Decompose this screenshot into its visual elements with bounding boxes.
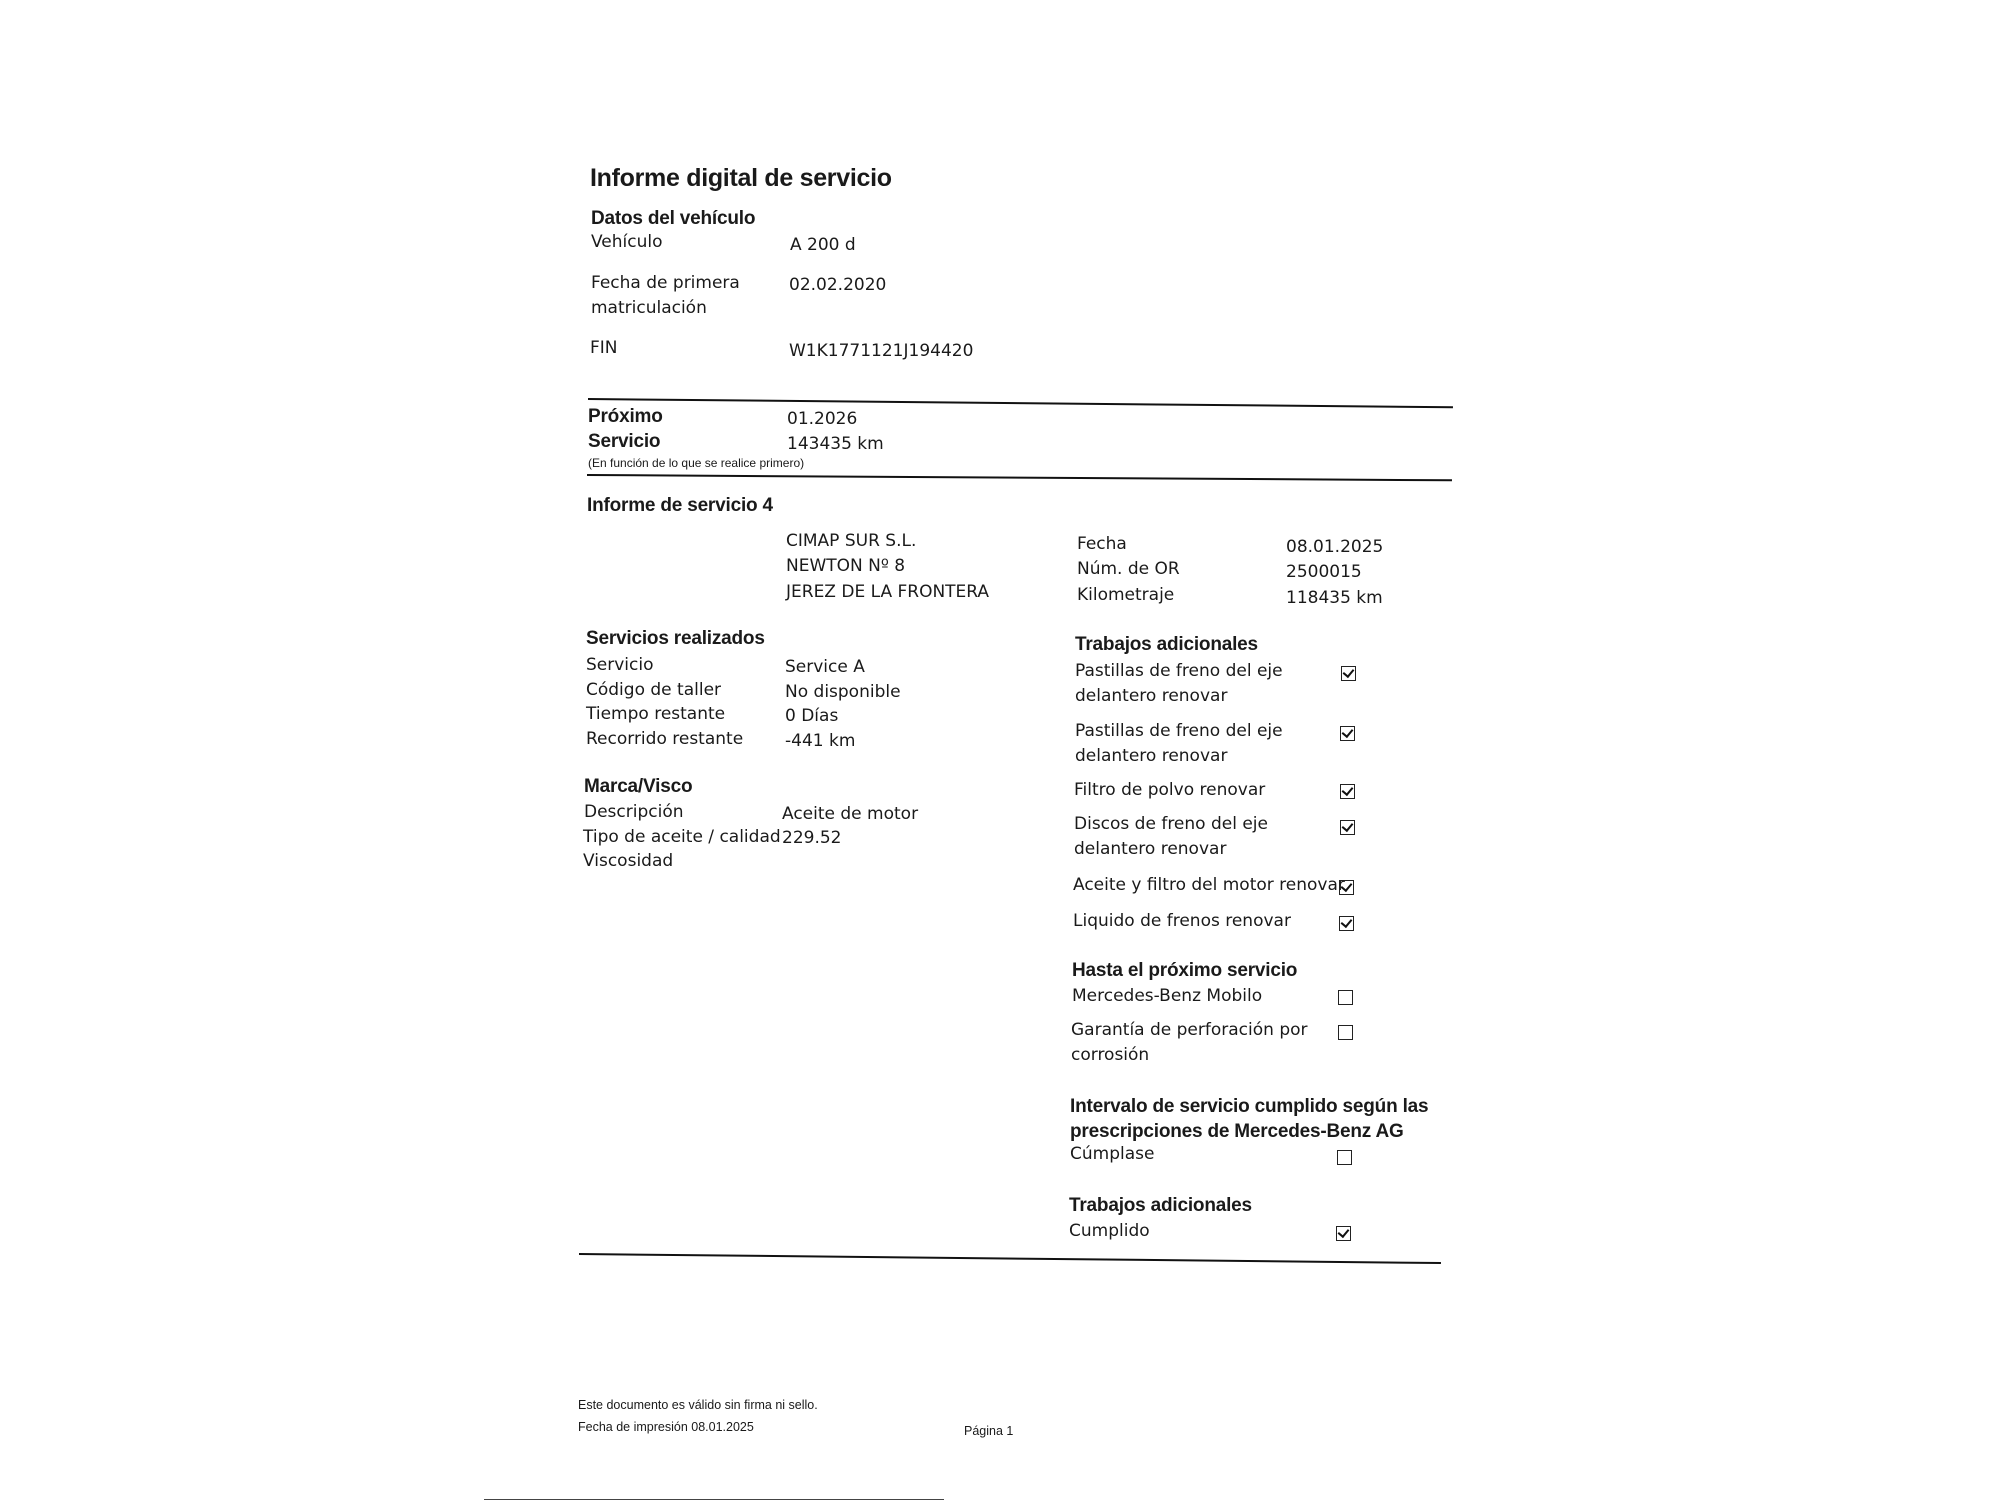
registration-date-value: 02.02.2020 (789, 273, 886, 298)
date-value: 08.01.2025 (1286, 535, 1383, 560)
workshop-name: CIMAP SUR S.L. (786, 529, 916, 554)
until-next-item-checkbox[interactable] (1338, 990, 1353, 1005)
print-date: Fecha de impresión 08.01.2025 (578, 1420, 754, 1434)
oil-type-label: Tipo de aceite / calidad (583, 825, 781, 850)
divider (587, 474, 1452, 481)
additional-item-label: Filtro de polvo renovar (1074, 778, 1265, 803)
next-service-note: (En función de lo que se realice primero… (588, 456, 804, 470)
registration-date-label: Fecha de primera matriculación (591, 271, 771, 321)
fin-label: FIN (590, 336, 618, 361)
additional-done-item-label: Cumplido (1069, 1219, 1150, 1244)
interval-heading: Intervalo de servicio cumplido según las… (1070, 1094, 1450, 1144)
additional-item-checkbox[interactable] (1340, 726, 1355, 741)
service-label: Servicio (586, 653, 654, 678)
additional-item-checkbox[interactable] (1341, 666, 1356, 681)
oil-description-label: Descripción (584, 800, 684, 825)
order-number-label: Núm. de OR (1077, 557, 1180, 582)
workshop-street: NEWTON Nº 8 (786, 554, 905, 579)
divider (588, 398, 1453, 408)
remaining-distance-value: -441 km (785, 729, 855, 754)
mileage-value: 118435 km (1286, 586, 1383, 611)
vehicle-heading: Datos del vehículo (591, 208, 755, 230)
interval-item-checkbox[interactable] (1337, 1150, 1352, 1165)
remaining-time-label: Tiempo restante (586, 702, 725, 727)
mileage-label: Kilometraje (1077, 583, 1174, 608)
additional-item-checkbox[interactable] (1340, 820, 1355, 835)
additional-item-checkbox[interactable] (1340, 784, 1355, 799)
additional-item-label: Pastillas de freno del eje delantero ren… (1075, 719, 1305, 769)
workshop-city: JEREZ DE LA FRONTERA (786, 580, 989, 605)
date-label: Fecha (1077, 532, 1127, 557)
oil-type-value: 229.52 (782, 826, 841, 851)
oil-description-value: Aceite de motor (782, 802, 918, 827)
until-next-item-label: Mercedes-Benz Mobilo (1072, 984, 1262, 1009)
next-service-label: Próximo (588, 406, 663, 428)
workshop-code-value: No disponible (785, 680, 901, 705)
additional-item-label: Aceite y filtro del motor renovar (1073, 873, 1345, 898)
additional-done-item-checkbox[interactable] (1336, 1226, 1351, 1241)
interval-item-label: Cúmplase (1070, 1142, 1154, 1167)
until-next-item-checkbox[interactable] (1338, 1025, 1353, 1040)
page-number: Página 1 (964, 1424, 1013, 1438)
next-service-km: 143435 km (787, 432, 884, 457)
divider (579, 1253, 1441, 1264)
additional-item-label: Liquido de frenos renovar (1073, 909, 1291, 934)
remaining-distance-label: Recorrido restante (586, 727, 743, 752)
additional-work-heading: Trabajos adicionales (1075, 634, 1258, 656)
remaining-time-value: 0 Días (785, 704, 838, 729)
page-title: Informe digital de servicio (590, 164, 892, 193)
vehicle-label: Vehículo (591, 230, 663, 255)
next-service-label-2: Servicio (588, 431, 660, 453)
validity-note: Este documento es válido sin firma ni se… (578, 1398, 818, 1412)
additional-done-heading: Trabajos adicionales (1069, 1195, 1252, 1217)
viscosity-label: Viscosidad (583, 849, 673, 874)
additional-item-label: Discos de freno del eje delantero renova… (1074, 812, 1304, 862)
report-heading: Informe de servicio 4 (587, 495, 773, 517)
workshop-code-label: Código de taller (586, 678, 721, 703)
additional-item-checkbox[interactable] (1339, 880, 1354, 895)
service-value: Service A (785, 655, 865, 680)
additional-item-label: Pastillas de freno del eje delantero ren… (1075, 659, 1305, 709)
order-number-value: 2500015 (1286, 560, 1362, 585)
until-next-item-label: Garantía de perforación por corrosión (1071, 1018, 1321, 1068)
oil-heading: Marca/Visco (584, 776, 692, 798)
additional-item-checkbox[interactable] (1339, 916, 1354, 931)
fin-value: W1K1771121J194420 (789, 339, 973, 364)
until-next-heading: Hasta el próximo servicio (1072, 960, 1297, 982)
vehicle-value: A 200 d (790, 233, 856, 258)
services-heading: Servicios realizados (586, 628, 765, 650)
next-service-date: 01.2026 (787, 407, 857, 432)
